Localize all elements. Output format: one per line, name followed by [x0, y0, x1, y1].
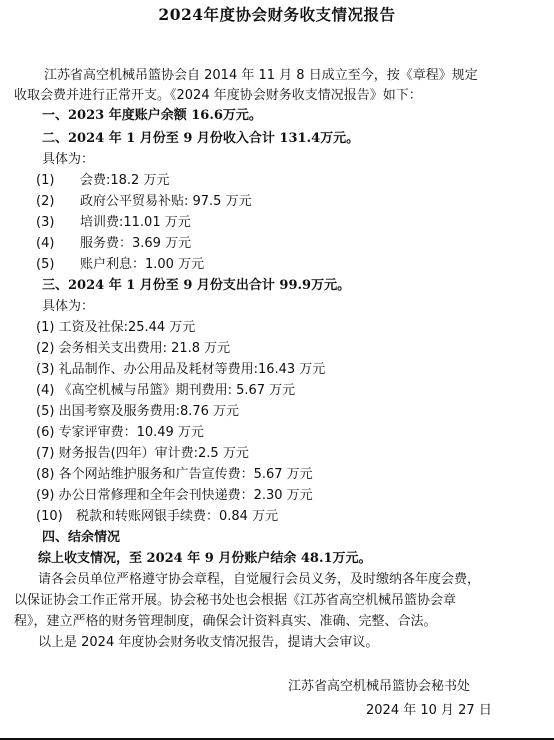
expense-item: (3) 礼品制作、办公用品及耗材等费用:16.43 万元 — [36, 360, 325, 380]
expense-item: (2) 会务相关支出费用: 21.8 万元 — [36, 339, 230, 359]
balance-summary: 综上收支情况，至 2024 年 9 月份账户结余 48.1万元。 — [38, 549, 372, 569]
item-number: (8) — [36, 465, 54, 485]
section2-heading: 二、2024 年 1 月份至 9 月份收入合计 131.4万元。 — [42, 129, 359, 149]
item-number: (2) — [36, 339, 54, 359]
closing-line-4: 以上是 2024 年度协会财务收支情况报告，提请大会审议。 — [38, 633, 378, 653]
expense-item: (10)税款和转账网银手续费：0.84 万元 — [36, 507, 278, 527]
closing-line-1: 请各会员单位严格遵守协会章程，自觉履行会员义务，及时缴纳各年度会费， — [38, 570, 480, 590]
item-text: 政府公平贸易补贴: 97.5 万元 — [80, 194, 252, 209]
section3-intro: 具体为： — [42, 297, 94, 317]
expense-item: (5) 出国考察及服务费用:8.76 万元 — [36, 402, 239, 422]
item-text: 服务费：3.69 万元 — [80, 236, 191, 251]
signature-org: 江苏省高空机械吊篮协会秘书处 — [288, 677, 470, 697]
item-number: (3) — [36, 213, 80, 233]
item-text: 《高空机械与吊篮》期刊费用: 5.67 万元 — [59, 383, 296, 398]
item-text: 税款和转账网银手续费：0.84 万元 — [76, 509, 278, 524]
expense-item: (6) 专家评审费：10.49 万元 — [36, 423, 204, 443]
income-item: (2)政府公平贸易补贴: 97.5 万元 — [36, 192, 252, 212]
item-text: 财务报告(四年）审计费:2.5 万元 — [59, 446, 249, 461]
item-number: (4) — [36, 234, 80, 254]
item-text: 专家评审费：10.49 万元 — [59, 425, 204, 440]
item-text: 工资及社保:25.44 万元 — [59, 320, 196, 335]
expense-item: (4) 《高空机械与吊篮》期刊费用: 5.67 万元 — [36, 381, 295, 401]
item-number: (5) — [36, 402, 54, 422]
item-text: 会务相关支出费用: 21.8 万元 — [59, 341, 231, 356]
item-number: (4) — [36, 381, 54, 401]
item-text: 会费:18.2 万元 — [80, 173, 169, 188]
expense-item: (9) 办公日常修理和全年会刊快递费：2.30 万元 — [36, 486, 313, 506]
document-title: 2024年度协会财务收支情况报告 — [0, 3, 554, 25]
expense-item: (8) 各个网站维护服务和广告宣传费：5.67 万元 — [36, 465, 313, 485]
item-number: (2) — [36, 192, 80, 212]
intro-line-1: 江苏省高空机械吊篮协会自 2014 年 11 月 8 日成立至今，按《章程》规定 — [44, 66, 478, 86]
section1-heading: 一、2023 年度账户余额 16.6万元。 — [42, 106, 262, 126]
item-number: (7) — [36, 444, 54, 464]
item-number: (10) — [36, 507, 76, 527]
section4-heading: 四、结余情况 — [42, 528, 120, 548]
expense-item: (7) 财务报告(四年）审计费:2.5 万元 — [36, 444, 249, 464]
item-text: 出国考察及服务费用:8.76 万元 — [59, 404, 239, 419]
income-item: (3)培训费:11.01 万元 — [36, 213, 191, 233]
section2-intro: 具体为： — [42, 150, 94, 170]
item-text: 账户利息：1.00 万元 — [80, 257, 204, 272]
item-number: (6) — [36, 423, 54, 443]
item-text: 各个网站维护服务和广告宣传费：5.67 万元 — [59, 467, 313, 482]
expense-item: (1) 工资及社保:25.44 万元 — [36, 318, 195, 338]
income-item: (1)会费:18.2 万元 — [36, 171, 169, 191]
item-text: 办公日常修理和全年会刊快递费：2.30 万元 — [59, 488, 313, 503]
report-document: 2024年度协会财务收支情况报告 江苏省高空机械吊篮协会自 2014 年 11 … — [0, 0, 554, 740]
income-item: (4)服务费：3.69 万元 — [36, 234, 191, 254]
item-text: 礼品制作、办公用品及耗材等费用:16.43 万元 — [59, 362, 326, 377]
closing-line-3: 程》，建立严格的财务管理制度，确保会计资料真实、准确、完整、合法。 — [14, 612, 437, 632]
item-text: 培训费:11.01 万元 — [80, 215, 191, 230]
item-number: (1) — [36, 318, 54, 338]
closing-line-2: 以保证协会工作正常开展。协会秘书处也会根据《江苏省高空机械吊篮协会章 — [14, 591, 456, 611]
section3-heading: 三、2024 年 1 月份至 9 月份支出合计 99.9万元。 — [42, 276, 350, 296]
signature-date: 2024 年 10 月 27 日 — [366, 701, 492, 721]
income-item: (5)账户利息：1.00 万元 — [36, 255, 204, 275]
item-number: (1) — [36, 171, 80, 191]
intro-line-2: 收取会费并进行正常开支。《2024 年度协会财务收支情况报告》如下： — [14, 86, 422, 106]
item-number: (5) — [36, 255, 80, 275]
item-number: (3) — [36, 360, 54, 380]
item-number: (9) — [36, 486, 54, 506]
